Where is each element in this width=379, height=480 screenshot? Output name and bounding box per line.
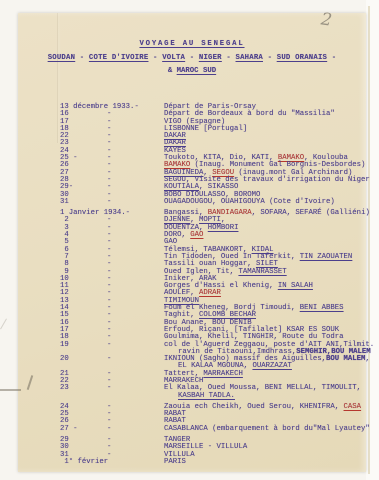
itinerary-row: 31-OUAGADOUGOU, OUAHIGOUYA (Cote d'Ivoir… — [60, 199, 366, 206]
underlying-sheet-edge — [368, 6, 370, 474]
row-date: 1° février — [60, 459, 108, 466]
row-places: Zaouia ech Cheikh, Oued Serou, KHENIFRA,… — [164, 404, 366, 411]
row-places: PARIS — [164, 459, 366, 466]
row-dash: - — [107, 385, 111, 392]
pencil-mark — [0, 319, 7, 330]
place-name: MARRAKECH — [203, 370, 242, 378]
itinerary-row: 12-AOULEF, ADRAR — [60, 290, 366, 297]
itinerary-list: 13 décembre 1933.-Départ de Paris-Orsay1… — [18, 104, 366, 466]
row-dash: - — [107, 342, 111, 349]
row-date: 19 — [60, 342, 69, 349]
row-places: KASBAH TADLA. — [178, 393, 366, 400]
region-name: MAROC SUD — [177, 67, 216, 75]
place-name: HOMBORI — [208, 224, 239, 232]
itinerary-row: 27 --CASABLANCA (embarquement à bord du"… — [60, 426, 366, 433]
row-places: LISBONNE [Portugal] — [164, 126, 366, 133]
row-date: 20 — [60, 356, 69, 363]
row-places: VILLULA — [164, 452, 366, 459]
row-places: DAKAR — [164, 133, 366, 140]
row-dash: - — [107, 426, 111, 433]
document-page: VOYAGE AU SENEGAL SOUDAN - COTE D'IVOIRE… — [18, 13, 366, 472]
region-name: NIGER — [199, 54, 222, 62]
subtitle-regions: SOUDAN - COTE D'IVOIRE - VOLTA - NIGER -… — [18, 54, 366, 62]
itinerary-row: KASBAH TADLA. — [60, 393, 366, 400]
itinerary-row: 3-DOUENTZA, HOMBORI — [60, 225, 366, 232]
itinerary-row: 24-Zaouia ech Cheikh, Oued Serou, KHENIF… — [60, 404, 366, 411]
row-text: PARIS — [164, 458, 186, 466]
place-name: ADRAR — [199, 289, 221, 297]
itinerary-row: 18-LISBONNE [Portugal] — [60, 126, 366, 133]
row-date: 31 — [60, 199, 69, 206]
row-text: , — [365, 355, 369, 363]
region-name: COTE D'IVOIRE — [89, 54, 149, 62]
place-name: CASA — [344, 403, 362, 411]
row-date: 1 Janvier 1934.- — [60, 210, 130, 217]
subtitle-line2: & MAROC SUD — [18, 67, 366, 75]
row-text: CASABLANCA (embarquement à bord du"Mal L… — [164, 425, 370, 433]
row-dash: - — [107, 356, 111, 363]
region-name: SAHARA — [236, 54, 263, 62]
row-date: 13 décembre 1933.- — [60, 104, 139, 111]
row-text: Zaouia ech Cheikh, Oued Serou, KHENIFRA, — [164, 403, 344, 411]
place-name: TIN ZAOUATEN — [300, 253, 353, 261]
itinerary-row: 30-MARSEILLE - VILLULA — [60, 444, 366, 451]
row-text: OUAGADOUGOU, OUAHIGOUYA (Cote d'Ivoire) — [164, 198, 335, 206]
row-places: OUAGADOUGOU, OUAHIGOUYA (Cote d'Ivoire) — [164, 199, 366, 206]
subtitle-line2-prefix: & — [168, 67, 177, 75]
row-text: BOU MALEM — [326, 355, 365, 363]
place-name: TAMANRASSET — [238, 268, 286, 276]
row-places: RABAT — [164, 411, 366, 418]
row-text: , SOFARA, SEFARÉ (Galliéni) — [252, 209, 370, 217]
place-name: IN SALAH — [278, 282, 313, 290]
row-date: 23 — [60, 385, 69, 392]
pencil-mark — [0, 389, 21, 391]
region-name: VOLTA — [162, 54, 185, 62]
document-header: VOYAGE AU SENEGAL SOUDAN - COTE D'IVOIRE… — [18, 40, 366, 75]
row-places: DORO, GAO — [164, 232, 366, 239]
row-places: CASABLANCA (embarquement à bord du"Mal L… — [164, 426, 366, 433]
itinerary-row: 4-DORO, GAO — [60, 232, 366, 239]
place-name: KASBAH TADLA. — [178, 392, 235, 400]
row-date: 27 - — [60, 426, 78, 433]
region-name: SOUDAN — [48, 54, 75, 62]
region-name: SUD ORANAIS — [277, 54, 327, 62]
place-name: GAO — [190, 231, 203, 239]
itinerary-row: 25-RABAT — [60, 411, 366, 418]
place-name: OUARZAZAT — [252, 362, 291, 370]
row-dash: - — [107, 199, 111, 206]
itinerary-row: 1° févrierPARIS — [60, 459, 366, 466]
itinerary-row: 23-DAKAR — [60, 140, 366, 147]
row-places: DAKAR — [164, 140, 366, 147]
document-title: VOYAGE AU SENEGAL — [18, 40, 366, 48]
itinerary-row: 22-DAKAR — [60, 133, 366, 140]
itinerary-row: 21-Tattert, MARRAKECH — [60, 371, 366, 378]
place-name: BENI ABBES — [300, 304, 344, 312]
